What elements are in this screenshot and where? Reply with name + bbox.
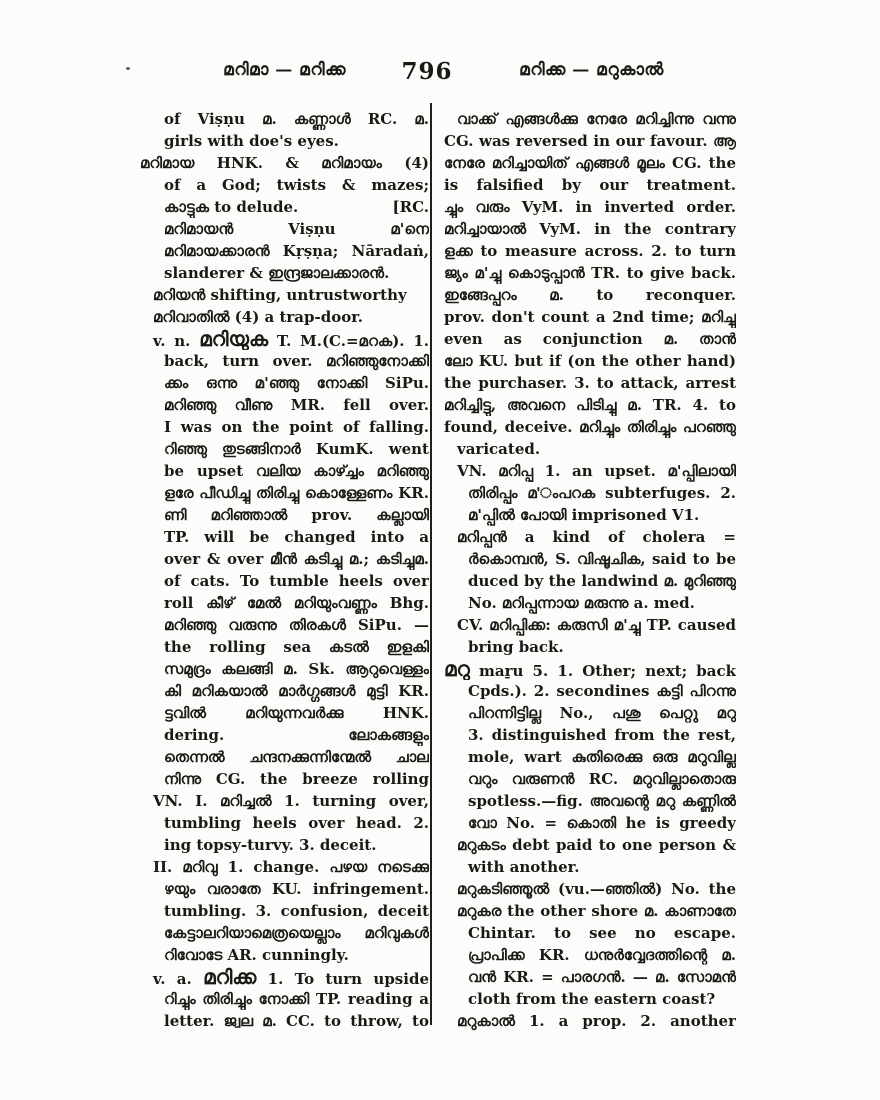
text-line: with another. <box>444 856 736 878</box>
text-line: 3. distinguished from the rest, spot, fr… <box>444 724 736 746</box>
text-line: മറുകര the other shore മ. കാണാതേ വലയുക <box>444 900 736 922</box>
text-line: കി മറികയാൽ മാർഗ്ഗങ്ങൾ മുട്ടി KR. ഭവാബ്ധി… <box>140 680 429 702</box>
text-line: v. n. മറിയുക T. M.(C.=മറക). 1. To turn <box>140 328 429 350</box>
text-line: ട്ടവിൽ മറിയുന്നവർക്കു HNK. weltering, fl… <box>140 702 429 724</box>
text-line: വോ No. = കൊതി he is greedy for every thi… <box>444 812 736 834</box>
text-line: മറിമായ HNK. & മറിമായം (4) versatility, a… <box>140 152 429 174</box>
column-divider-rule <box>430 103 432 1025</box>
text-line: prov. don't count a 2nd time; മറിച്ചു tr… <box>444 306 736 328</box>
text-line: Chintar. to see no escape. ദുഃഖത്തിൻ മ. <box>444 922 736 944</box>
text-line: ജ്യം മ'ച്ചു കൊടുപ്പാൻ TR. to give back. … <box>444 262 736 284</box>
text-line: നിന്നു CG. the breeze rolling over the g… <box>140 768 429 790</box>
text-line: TP. will be changed into a stone. 3. to … <box>140 526 429 548</box>
right-column: വാക്ക് എങ്ങൾക്കു നേരേ മറിച്ചിന്നു വന്നു … <box>444 108 736 1032</box>
text-line: മറിയൻ shifting, untrustworthy V1. <box>140 284 429 306</box>
text-line: ർകൊമ്പൻ, S. വിഷൂചിക, said to be pro- <box>444 548 736 570</box>
text-line: the rolling sea കടൽ ഇളകി മറിയുന്നു AR. <box>140 636 429 658</box>
text-line: റിച്ചും തിരിച്ചും നോക്കി TP. reading a s… <box>140 988 429 1010</box>
text-line: തെന്നൽ ചന്ദനക്കുന്നിന്മേൽ ചാല മറിഞ്ഞിട്ട… <box>140 746 429 768</box>
text-line: back, turn over. മറിഞ്ഞുനോക്കി AR., പിന്… <box>140 350 429 372</box>
text-line: roll കീഴ് മേൽ മറിയുംവണ്ണം Bhg. കീഴ്മേൽ <box>140 592 429 614</box>
text-line: of Viṣṇu മ. കണ്ണാൾ RC. മ. കണ്ണികൾ CC. <box>140 108 429 130</box>
text-line: പ്രാപിക്ക KR. ധനുർവ്വേദത്തിന്റെ മ. കണ്ട <box>444 944 736 966</box>
text-line: girls with doe's eyes. <box>140 130 429 152</box>
text-line: letter. ജ്വല മ. CC. to throw, to welter.… <box>140 1010 429 1032</box>
left-column: of Viṣṇu മ. കണ്ണാൾ RC. മ. കണ്ണികൾ CC.gir… <box>140 108 429 1032</box>
text-segment: v. n. <box>153 332 199 350</box>
text-line: മറുകടം debt paid to one person & contrac… <box>444 834 736 856</box>
text-line: spotless.—fig. അവന്റെ മറു കണ്ണിൽ ആകുന്നു <box>444 790 736 812</box>
text-line: ണി മറിഞ്ഞാൽ prov. കല്ലായി മറിഞ്ഞു പോം <box>140 504 429 526</box>
text-line: ച്ചും വരും VyM. in inverted order. അതിന്… <box>444 196 736 218</box>
text-segment: maṟu <box>470 662 524 680</box>
text-line: tumbling heels over head. 2. rolling; tu… <box>140 812 429 834</box>
text-line: നേരേ മറിച്ചായിത് എങ്ങൾ മൂലം CG. the prai… <box>444 152 736 174</box>
text-line: [RC.കാട്ടുക to delude. <box>140 196 429 218</box>
text-line: ക്കം ഒന്നു മ'ഞ്ഞു നോക്കി SiPu. looked ba… <box>140 372 429 394</box>
text-line: even as conjunction മ. താൻ വാങ്ങുന്നതാകി <box>444 328 736 350</box>
headword: മറിക്ക <box>203 966 256 988</box>
text-line: വാക്ക് എങ്ങൾക്കു നേരേ മറിച്ചിന്നു വന്നു … <box>444 108 736 130</box>
text-line: മറിമായൻ Viṣṇu മ'നെ അറിഞ്ഞുകൊള്ളേ <box>140 218 429 240</box>
text-line: varicated. <box>444 438 736 460</box>
text-line: ളരേ പീഡിച്ചു തിരിച്ചു കൊള്ളേണം KR. തോ <box>140 482 429 504</box>
text-line: CG. was reversed in our favour. ആ പുകണ്ണ… <box>444 130 736 152</box>
text-line: വറും വരുണൻ RC. മറുവില്ലാതൊരു മുകുരം CG. <box>444 768 736 790</box>
text-line: റിവോടേ AR. cunningly. <box>140 944 429 966</box>
text-line: tumbling. 3. confusion, deceit ഈ പാട്ടു <box>140 900 429 922</box>
text-line: duced by the landwind മ. മുറിഞ്ഞു മരിച്ച… <box>444 570 736 592</box>
ink-speck-artifact <box>126 67 130 70</box>
text-line: തിരിപ്പും മ'ംപറക subterfuges. 2. arrest, <box>444 482 736 504</box>
text-line: മറിപ്പൻ a kind of cholera = നീർത്തിരിപ്പ… <box>444 526 736 548</box>
text-segment: v. a. <box>153 970 203 988</box>
text-line: be upset വലിയ കാഴ്ച്ചം മറിഞ്ഞു പോമുമ്പേ … <box>140 460 429 482</box>
text-line: ഴയും വരാതേ KU. infringement. 2. rolling, <box>140 878 429 900</box>
text-line: VN. I. മറിച്ചൽ 1. turning over, returnin… <box>140 790 429 812</box>
running-head-left: മറിമാ — മറിക്ക <box>140 60 429 80</box>
text-line: മറിഞ്ഞു വീണു MR. fell over. മറിയേണ്ടിയിര… <box>140 394 429 416</box>
text-line: found, deceive. മറിച്ചും തിരിച്ചും പറഞ്ഞ… <box>444 416 736 438</box>
text-line: CV. മറിപ്പിക്ക: കരുസി മ'ച്ചു TP. caused … <box>444 614 736 636</box>
text-line: മറിമായക്കാരൻ Kṛṣṇa; Nāradaṅ, met. a <box>140 240 429 262</box>
text-line: VN. മറിപ്പു 1. an upset. മ'പ്പിലായി bank… <box>444 460 736 482</box>
text-line: of a God; twists & mazes; deceitfulness.… <box>140 174 429 196</box>
text-line: വൻ KR. = പാരഗൻ. — മ. സോമൻ Onap. <box>444 966 736 988</box>
text-line: over & over മീൻ കടിച്ചു മ.; കടിച്ചുമ. co… <box>140 548 429 570</box>
text-line: മറുകടിഞ്ഞൂൽ (vu.—ഞ്ഞിൽ) No. the 2nd chil… <box>444 878 736 900</box>
text-line: ing topsy-turvy. 3. deceit. <box>140 834 429 856</box>
text-line: സമുദ്രം കലങ്ങി മ. Sk. ആറുവെള്ളം പെരു <box>140 658 429 680</box>
text-line: മറു maṟu 5. 1. Other; next; back again (… <box>444 658 736 680</box>
text-line: പിറന്നിട്ടില്ല No., പശു പെറ്റു മറു വീണുവ… <box>444 702 736 724</box>
text-line: ലോ KU. but if (on the other hand) he be <box>444 350 736 372</box>
text-line: മ'പ്പിൽ പോയി imprisoned V1. <box>444 504 736 526</box>
text-line: slanderer & ഇന്ദ്രജാലക്കാരൻ. <box>140 262 429 284</box>
text-line: കേട്ടാലറിയാമെത്രയെല്ലാം മറിവുകൾ Mud. മ <box>140 922 429 944</box>
text-line: റിഞ്ഞു തുടങ്ങിനാർ KumK. went over to Cr.… <box>140 438 429 460</box>
flush-right-text: [RC. <box>393 196 429 218</box>
text-line: the purchaser. 3. to attack, arrest ഞങ്ങ… <box>444 372 736 394</box>
headword: മറിയുക <box>199 328 268 350</box>
text-line: cloth from the eastern coast? <box>444 988 736 1010</box>
text-line: of cats. To tumble heels over head, to <box>140 570 429 592</box>
text-line: മറിവാതിൽ (4) a trap-door. <box>140 306 429 328</box>
text-line: dering. ലോകങ്ങളും തലകീഴായ്മറികിലും KR. <box>140 724 429 746</box>
text-line: ഇങ്ങേപ്പുറം മ. to reconquer. മറിച്ചെണ്ണേ… <box>444 284 736 306</box>
text-line: മറിച്ചായാൽ VyM. in the contrary case. മറ… <box>444 218 736 240</box>
text-line: bring back. <box>444 636 736 658</box>
running-head-right: മറിക്ക — മറുകാൽ <box>447 60 736 80</box>
dictionary-page-scan: മറിമാ — മറിക്ക 796 മറിക്ക — മറുകാൽ of Vi… <box>0 0 880 1100</box>
text-line: I was on the point of falling. കുന്നൻ കയ… <box>140 416 429 438</box>
text-line: മറുകാൽ 1. a prop. 2. another water-chann… <box>444 1010 736 1032</box>
text-line: മറിച്ചിട്ടു, അവനെ പിടിച്ചു മ. TR. 4. to … <box>444 394 736 416</box>
text-line: v. a. മറിക്ക 1. To turn upside down. ഓല … <box>140 966 429 988</box>
text-line: II. മറിവു 1. change. പഴയ നടെക്കു മ'വും പ… <box>140 856 429 878</box>
text-line: mole, wart കുതിരെക്കു ഒരു മറുവില്ല Bhr. … <box>444 746 736 768</box>
text-line: No. മറിപ്പന്നായ മരുന്നു a. med. <box>444 592 736 614</box>
headword: മറു <box>444 658 470 680</box>
text-line: Cpds.). 2. secondines കട്ടി പിറന്നു മറു … <box>444 680 736 702</box>
text-line: ളക്ക to measure across. 2. to turn back … <box>444 240 736 262</box>
text-line: is falsified by our treatment. ചിലേടത്തു… <box>444 174 736 196</box>
text-line: മറിഞ്ഞു വരുന്നു തിരകൾ SiPu. — Chiefly of <box>140 614 429 636</box>
